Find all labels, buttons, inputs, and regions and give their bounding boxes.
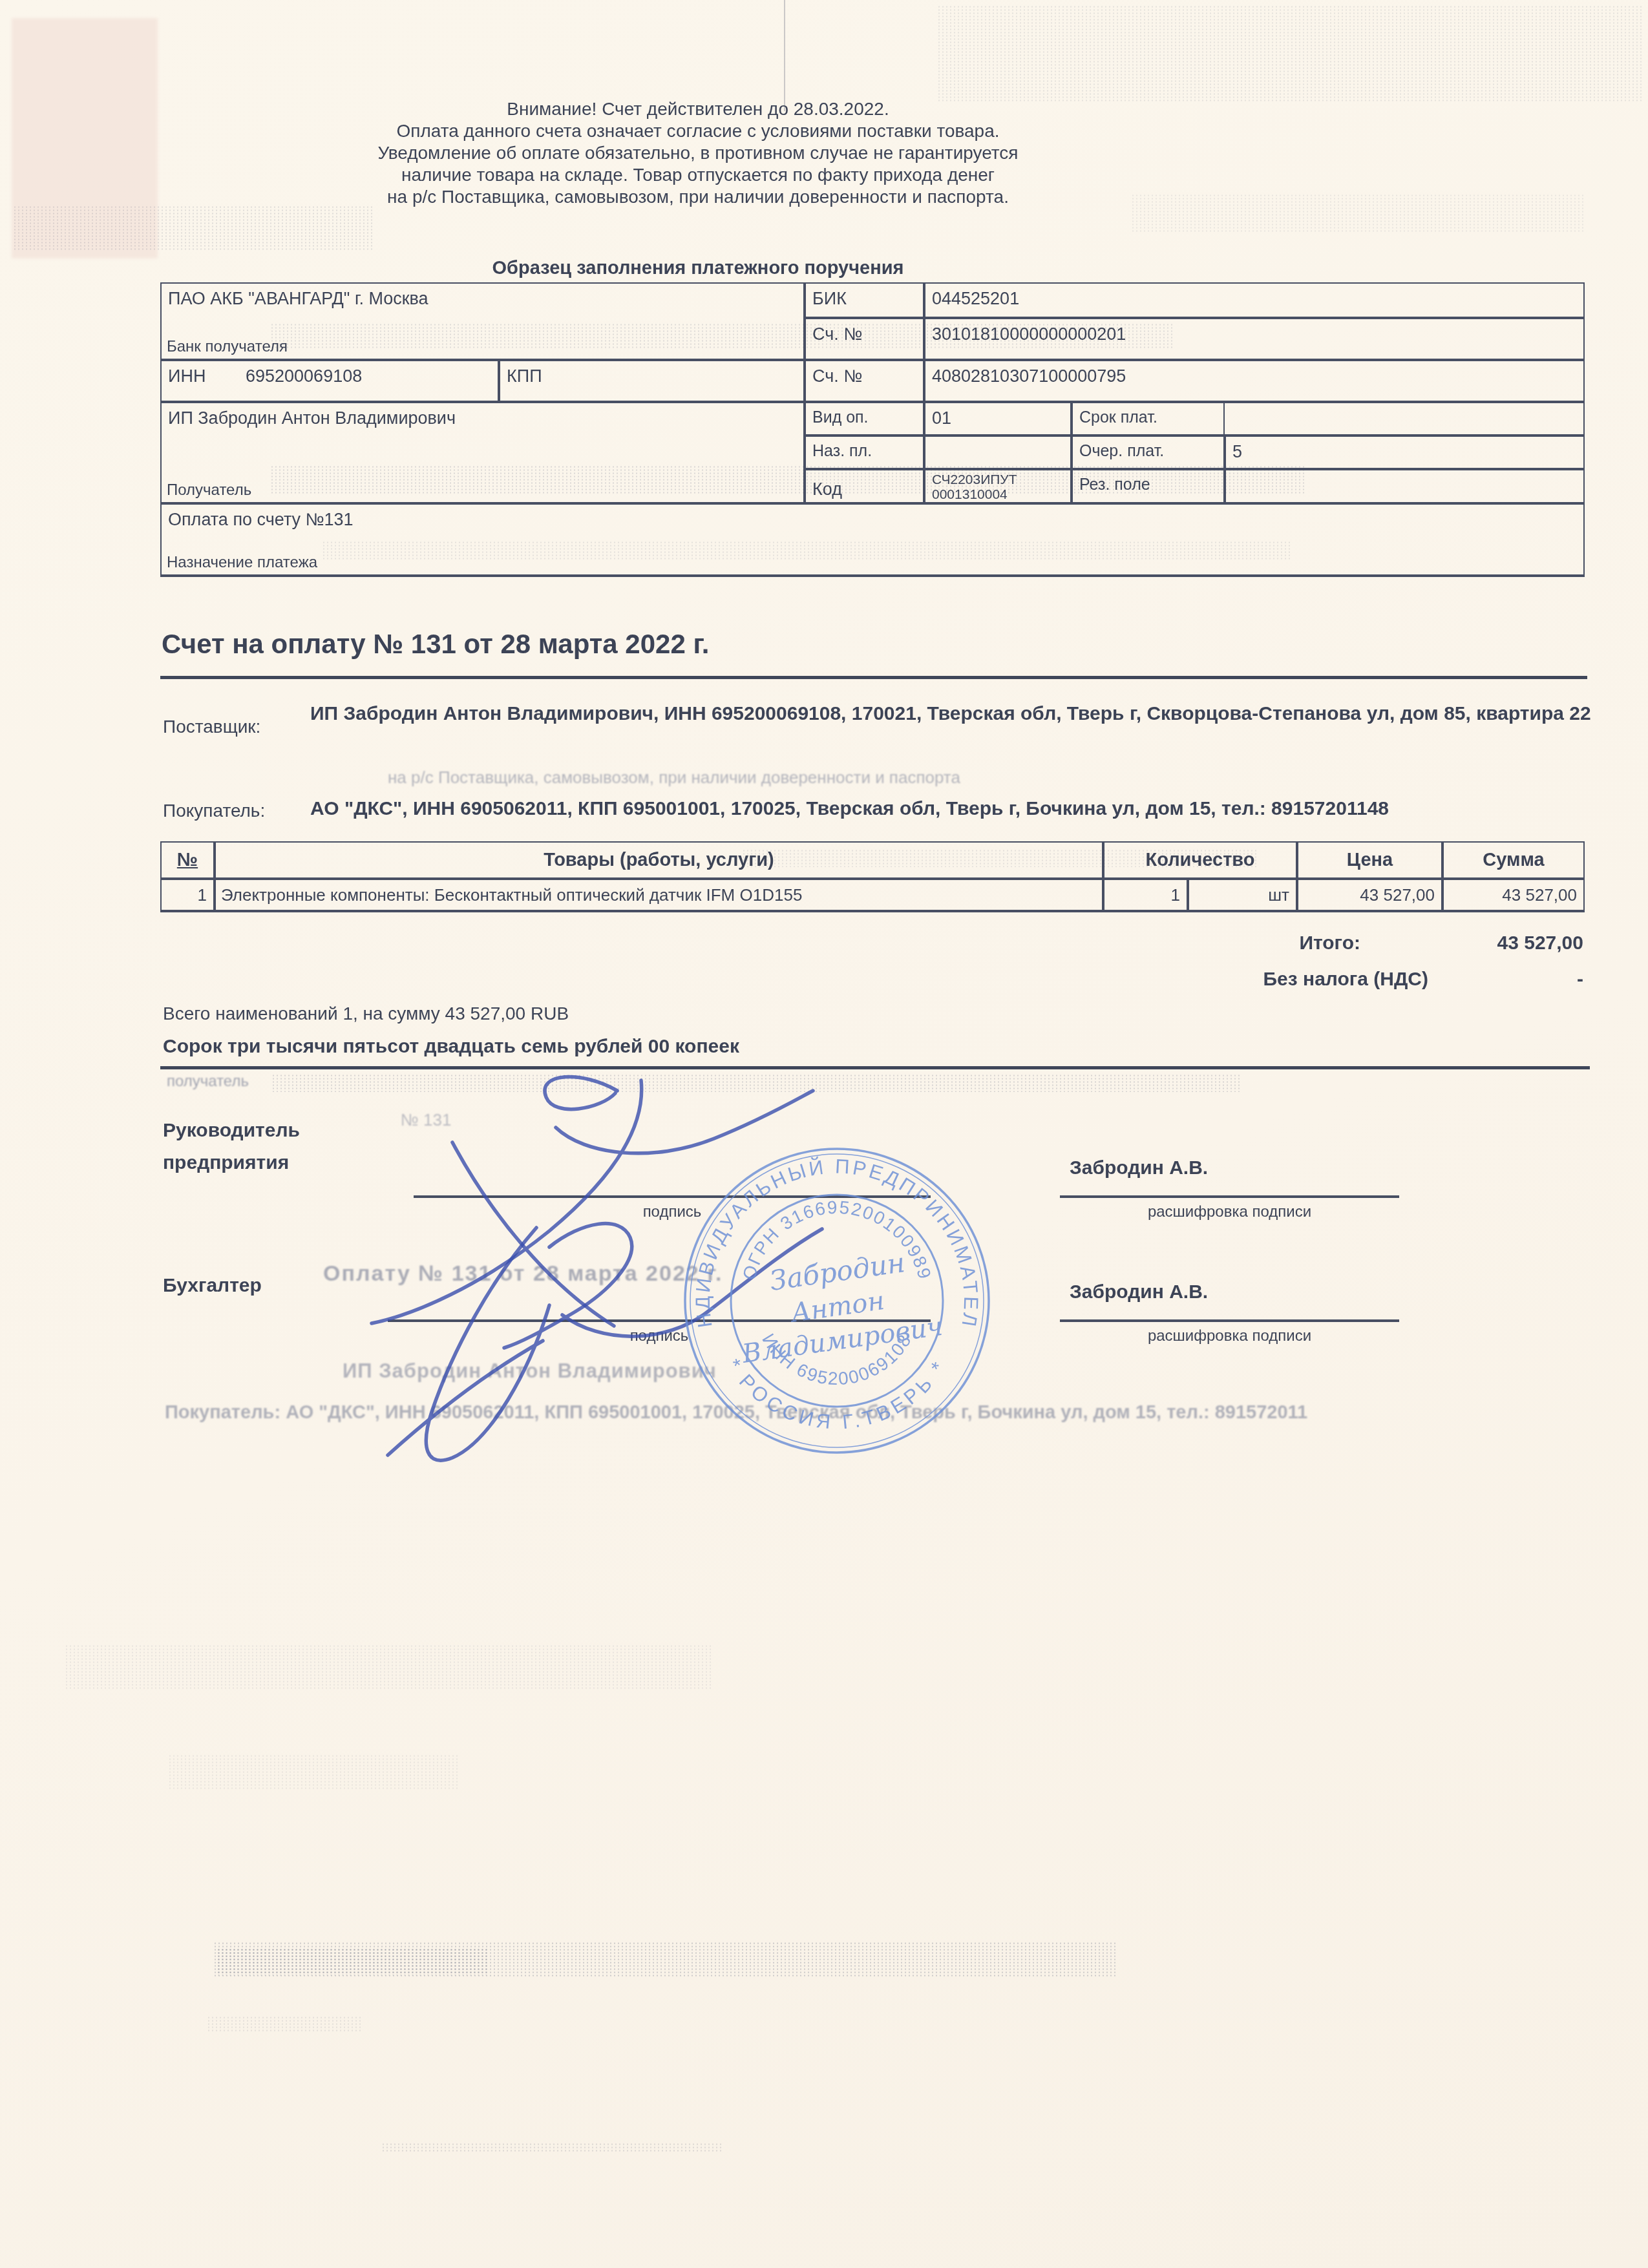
stamp-name-line1: Забродин [768,1246,907,1297]
scan-noise-band [381,2143,724,2152]
scan-noise-band [168,1754,459,1790]
scanned-invoice-page: Внимание! Счет действителен до 28.03.202… [0,0,1648,2268]
company-stamp: ИНДИВИДУАЛЬНЫЙ ПРЕДПРИНИМАТЕЛЬ * РОССИЯ … [672,1136,1002,1465]
scan-noise-band [207,2016,362,2032]
scan-noise-band [65,1644,711,1690]
handwritten-signatures-layer [0,0,1648,2268]
scan-noise-band [217,1948,488,1975]
